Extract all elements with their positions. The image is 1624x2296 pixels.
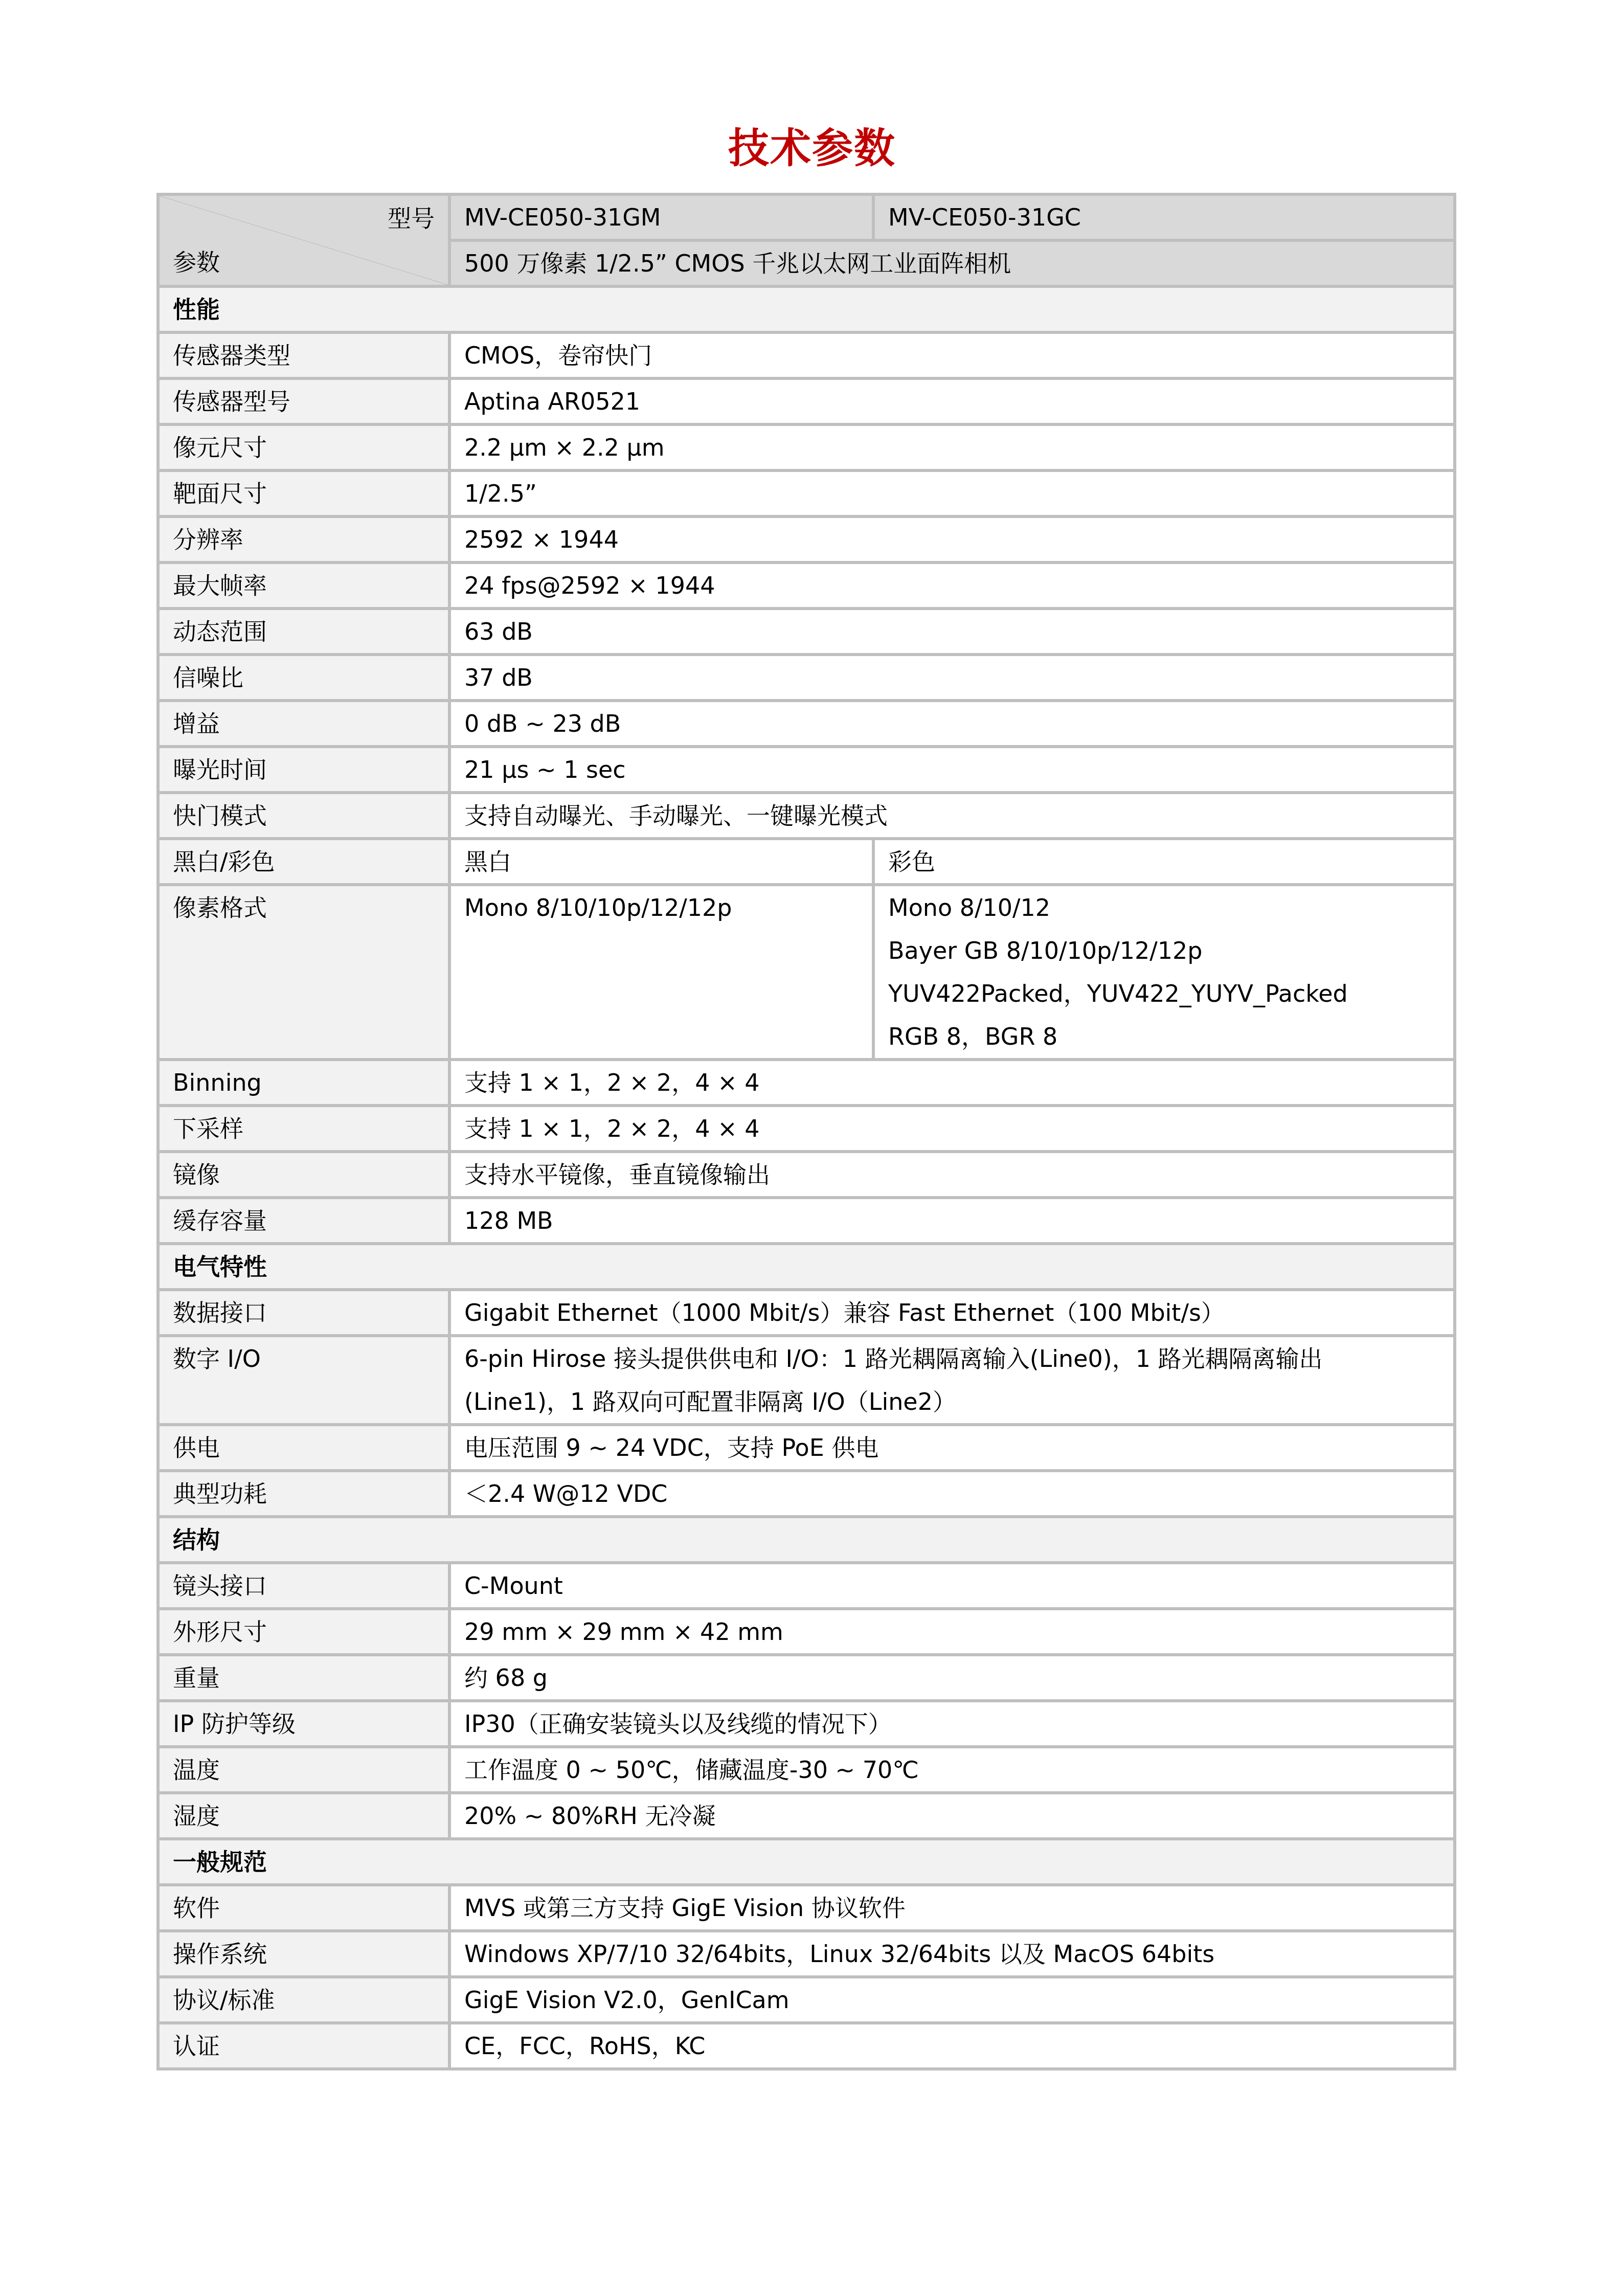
row-label: 信噪比 (158, 655, 449, 701)
table-row: 增益0 dB ~ 23 dB (158, 701, 1455, 747)
table-row: 数字 I/O 6-pin Hirose 接头提供供电和 I/O：1 路光耦隔离输… (158, 1336, 1455, 1425)
row-value: GigE Vision V2.0，GenICam (449, 1977, 1455, 2023)
row-label: 软件 (158, 1885, 449, 1931)
row-label: 靶面尺寸 (158, 470, 449, 516)
mono-value: 黑白 (449, 839, 873, 885)
table-row: 典型功耗＜2.4 W@12 VDC (158, 1471, 1455, 1517)
row-value: 2.2 µm × 2.2 µm (449, 424, 1455, 470)
table-row: 传感器类型CMOS，卷帘快门 (158, 332, 1455, 378)
pixel-format-line: Bayer GB 8/10/10p/12/12p (888, 929, 1440, 972)
table-row: 像元尺寸2.2 µm × 2.2 µm (158, 424, 1455, 470)
row-value: CE，FCC，RoHS，KC (449, 2023, 1455, 2069)
row-value: 约 68 g (449, 1655, 1455, 1701)
section-row: 电气特性 (158, 1244, 1455, 1290)
table-row-pixel-format: 像素格式 Mono 8/10/10p/12/12p Mono 8/10/12 B… (158, 885, 1455, 1060)
section-electrical: 电气特性 (158, 1244, 1455, 1290)
row-value: Gigabit Ethernet（1000 Mbit/s）兼容 Fast Eth… (449, 1290, 1455, 1336)
row-value: Aptina AR0521 (449, 378, 1455, 424)
row-label: 像素格式 (158, 885, 449, 1060)
row-label: 协议/标准 (158, 1977, 449, 2023)
row-value: 支持 1 × 1，2 × 2，4 × 4 (449, 1106, 1455, 1152)
row-value: 支持水平镜像，垂直镜像输出 (449, 1152, 1455, 1198)
corner-param-label: 参数 (173, 241, 220, 284)
pixel-format-line: Mono 8/10/12 (888, 886, 1440, 929)
section-mechanical: 结构 (158, 1517, 1455, 1563)
row-value: Windows XP/7/10 32/64bits，Linux 32/64bit… (449, 1931, 1455, 1977)
row-label: 镜像 (158, 1152, 449, 1198)
table-row: 操作系统Windows XP/7/10 32/64bits，Linux 32/6… (158, 1931, 1455, 1977)
table-row: 靶面尺寸1/2.5” (158, 470, 1455, 516)
corner-cell: 型号 参数 (158, 194, 449, 286)
value-line: (Line1)，1 路双向可配置非隔离 I/O（Line2） (464, 1380, 1440, 1423)
table-row: 缓存容量128 MB (158, 1198, 1455, 1244)
row-label: 快门模式 (158, 793, 449, 839)
section-performance: 性能 (158, 286, 1455, 332)
row-label: 数字 I/O (158, 1336, 449, 1425)
row-label: 认证 (158, 2023, 449, 2069)
table-row: 认证CE，FCC，RoHS，KC (158, 2023, 1455, 2069)
row-value: 6-pin Hirose 接头提供供电和 I/O：1 路光耦隔离输入(Line0… (449, 1336, 1455, 1425)
table-row: 镜像支持水平镜像，垂直镜像输出 (158, 1152, 1455, 1198)
row-value: 37 dB (449, 655, 1455, 701)
table-row: 曝光时间21 µs ~ 1 sec (158, 747, 1455, 793)
row-value: MVS 或第三方支持 GigE Vision 协议软件 (449, 1885, 1455, 1931)
page-title: 技术参数 (0, 123, 1624, 174)
row-value: 128 MB (449, 1198, 1455, 1244)
corner-model-label: 型号 (388, 197, 435, 240)
table-row: Binning支持 1 × 1，2 × 2，4 × 4 (158, 1060, 1455, 1106)
row-label: 温度 (158, 1747, 449, 1793)
table-row: 外形尺寸29 mm × 29 mm × 42 mm (158, 1609, 1455, 1655)
row-label: 分辨率 (158, 516, 449, 562)
row-label: 增益 (158, 701, 449, 747)
spec-table: 型号 参数 MV-CE050-31GM MV-CE050-31GC 500 万像… (156, 193, 1456, 2070)
row-value: 电压范围 9 ~ 24 VDC，支持 PoE 供电 (449, 1425, 1455, 1471)
row-label: 黑白/彩色 (158, 839, 449, 885)
row-label: 典型功耗 (158, 1471, 449, 1517)
row-label: IP 防护等级 (158, 1701, 449, 1747)
product-description: 500 万像素 1/2.5” CMOS 千兆以太网工业面阵相机 (449, 240, 1455, 286)
row-label: 供电 (158, 1425, 449, 1471)
row-value: C-Mount (449, 1563, 1455, 1609)
table-row: 镜头接口C-Mount (158, 1563, 1455, 1609)
row-value: 支持自动曝光、手动曝光、一键曝光模式 (449, 793, 1455, 839)
row-value: 29 mm × 29 mm × 42 mm (449, 1609, 1455, 1655)
table-row: 湿度20% ~ 80%RH 无冷凝 (158, 1793, 1455, 1839)
row-label: 操作系统 (158, 1931, 449, 1977)
table-row: 下采样支持 1 × 1，2 × 2，4 × 4 (158, 1106, 1455, 1152)
table-row: 动态范围63 dB (158, 609, 1455, 655)
mono-pixel-format: Mono 8/10/10p/12/12p (449, 885, 873, 1060)
pixel-format-line: YUV422Packed，YUV422_YUYV_Packed (888, 972, 1440, 1015)
table-row: 协议/标准GigE Vision V2.0，GenICam (158, 1977, 1455, 2023)
row-label: 外形尺寸 (158, 1609, 449, 1655)
table-row-mono-color: 黑白/彩色 黑白 彩色 (158, 839, 1455, 885)
table-row: IP 防护等级IP30（正确安装镜头以及线缆的情况下） (158, 1701, 1455, 1747)
row-label: 像元尺寸 (158, 424, 449, 470)
color-pixel-format: Mono 8/10/12 Bayer GB 8/10/10p/12/12p YU… (873, 885, 1455, 1060)
row-label: 传感器型号 (158, 378, 449, 424)
row-value: CMOS，卷帘快门 (449, 332, 1455, 378)
row-label: 湿度 (158, 1793, 449, 1839)
header-row-models: 型号 参数 MV-CE050-31GM MV-CE050-31GC (158, 194, 1455, 240)
section-row: 结构 (158, 1517, 1455, 1563)
table-row: 供电电压范围 9 ~ 24 VDC，支持 PoE 供电 (158, 1425, 1455, 1471)
row-label: 数据接口 (158, 1290, 449, 1336)
row-label: 曝光时间 (158, 747, 449, 793)
row-value: 工作温度 0 ~ 50℃，储藏温度-30 ~ 70℃ (449, 1747, 1455, 1793)
model-color: MV-CE050-31GC (873, 194, 1455, 240)
row-label: 下采样 (158, 1106, 449, 1152)
row-label: 缓存容量 (158, 1198, 449, 1244)
table-row: 信噪比37 dB (158, 655, 1455, 701)
table-row: 传感器型号Aptina AR0521 (158, 378, 1455, 424)
row-label: 传感器类型 (158, 332, 449, 378)
row-value: ＜2.4 W@12 VDC (449, 1471, 1455, 1517)
row-value: 20% ~ 80%RH 无冷凝 (449, 1793, 1455, 1839)
row-value: 63 dB (449, 609, 1455, 655)
color-value: 彩色 (873, 839, 1455, 885)
row-value: IP30（正确安装镜头以及线缆的情况下） (449, 1701, 1455, 1747)
row-label: Binning (158, 1060, 449, 1106)
table-row: 温度工作温度 0 ~ 50℃，储藏温度-30 ~ 70℃ (158, 1747, 1455, 1793)
section-row: 一般规范 (158, 1839, 1455, 1885)
row-value: 21 µs ~ 1 sec (449, 747, 1455, 793)
row-value: 支持 1 × 1，2 × 2，4 × 4 (449, 1060, 1455, 1106)
section-general: 一般规范 (158, 1839, 1455, 1885)
table-row: 分辨率2592 × 1944 (158, 516, 1455, 562)
pixel-format-line: RGB 8，BGR 8 (888, 1015, 1440, 1058)
table-row: 数据接口Gigabit Ethernet（1000 Mbit/s）兼容 Fast… (158, 1290, 1455, 1336)
table-row: 最大帧率24 fps@2592 × 1944 (158, 562, 1455, 609)
section-row: 性能 (158, 286, 1455, 332)
row-value: 2592 × 1944 (449, 516, 1455, 562)
row-value: 0 dB ~ 23 dB (449, 701, 1455, 747)
value-line: 6-pin Hirose 接头提供供电和 I/O：1 路光耦隔离输入(Line0… (464, 1337, 1440, 1380)
table-row: 快门模式支持自动曝光、手动曝光、一键曝光模式 (158, 793, 1455, 839)
row-label: 动态范围 (158, 609, 449, 655)
row-label: 最大帧率 (158, 562, 449, 609)
row-value: 24 fps@2592 × 1944 (449, 562, 1455, 609)
table-row: 软件MVS 或第三方支持 GigE Vision 协议软件 (158, 1885, 1455, 1931)
model-mono: MV-CE050-31GM (449, 194, 873, 240)
row-label: 镜头接口 (158, 1563, 449, 1609)
table-row: 重量约 68 g (158, 1655, 1455, 1701)
row-value: 1/2.5” (449, 470, 1455, 516)
row-label: 重量 (158, 1655, 449, 1701)
